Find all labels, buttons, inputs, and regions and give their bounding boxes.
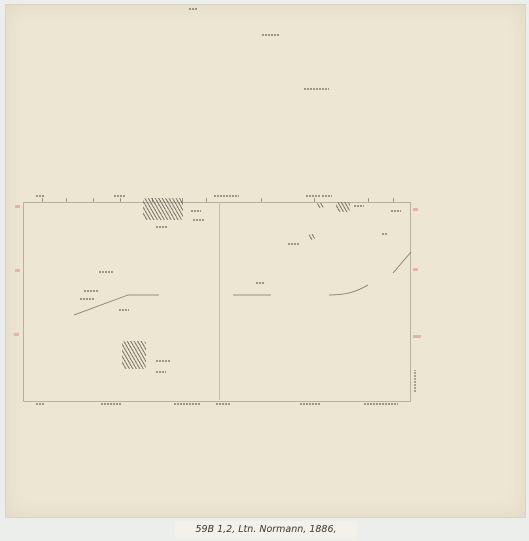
sheet-caption: 59B 1,2, Ltn. Normann, 1886, 1:50000: [175, 521, 357, 539]
coastline-lines: [6, 5, 525, 517]
map-sheet: [5, 4, 526, 518]
